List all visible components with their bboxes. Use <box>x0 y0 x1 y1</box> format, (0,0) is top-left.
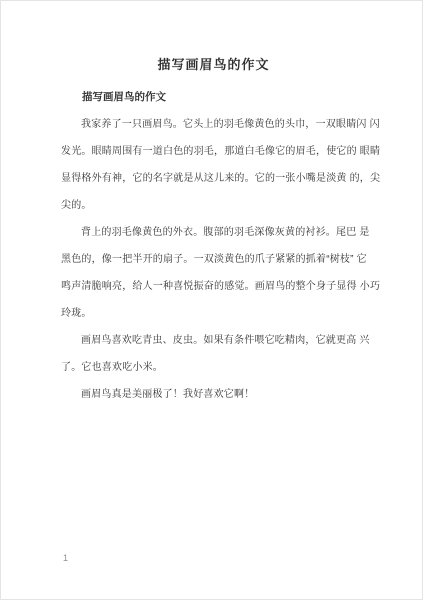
paragraph-line: 玲珑。 <box>61 300 366 327</box>
page-number: 1 <box>63 552 68 564</box>
paragraph-line: 画眉鸟真是美丽极了！我好喜欢它啊！ <box>61 381 366 408</box>
document-subtitle: 描写画眉鸟的作文 <box>61 84 366 111</box>
paragraph-line: 画眉鸟喜欢吃青虫、皮虫。如果有条件喂它吃精肉，它就更高 兴 <box>61 327 366 354</box>
paragraph-3: 画眉鸟喜欢吃青虫、皮虫。如果有条件喂它吃精肉，它就更高 兴 了。它也喜欢吃小米。 <box>61 327 366 381</box>
document-page: 描写画眉鸟的作文 描写画眉鸟的作文 我家养了一只画眉鸟。它头上的羽毛像黄色的头巾… <box>0 0 423 600</box>
paragraph-line: 我家养了一只画眉鸟。它头上的羽毛像黄色的头巾，一双眼睛闪 闪 <box>61 111 366 138</box>
document-content: 描写画眉鸟的作文 描写画眉鸟的作文 我家养了一只画眉鸟。它头上的羽毛像黄色的头巾… <box>1 1 422 408</box>
paragraph-2: 背上的羽毛像黄色的外衣。腹部的羽毛深像灰黄的衬衫。尾巴 是 黑色的，像一把半开的… <box>61 219 366 327</box>
paragraph-line: 发光。眼睛周围有一道白色的羽毛，那道白毛像它的眉毛，使它的 眼睛 <box>61 138 366 165</box>
document-title: 描写画眉鸟的作文 <box>61 56 366 74</box>
paragraph-line: 鸣声清脆响亮，给人一种喜悦振奋的感觉。画眉鸟的整个身子显得 小巧 <box>61 273 366 300</box>
paragraph-line: 背上的羽毛像黄色的外衣。腹部的羽毛深像灰黄的衬衫。尾巴 是 <box>61 219 366 246</box>
paragraph-line: 显得格外有神，它的名字就是从这儿来的。它的一张小嘴是淡黄 的，尖 <box>61 165 366 192</box>
paragraph-line: 黑色的，像一把半开的扇子。一双淡黄色的爪子紧紧的抓着“树枝” 它 <box>61 246 366 273</box>
paragraph-1: 我家养了一只画眉鸟。它头上的羽毛像黄色的头巾，一双眼睛闪 闪 发光。眼睛周围有一… <box>61 111 366 219</box>
paragraph-line: 尖的。 <box>61 192 366 219</box>
paragraph-line: 了。它也喜欢吃小米。 <box>61 354 366 381</box>
paragraph-4: 画眉鸟真是美丽极了！我好喜欢它啊！ <box>61 381 366 408</box>
